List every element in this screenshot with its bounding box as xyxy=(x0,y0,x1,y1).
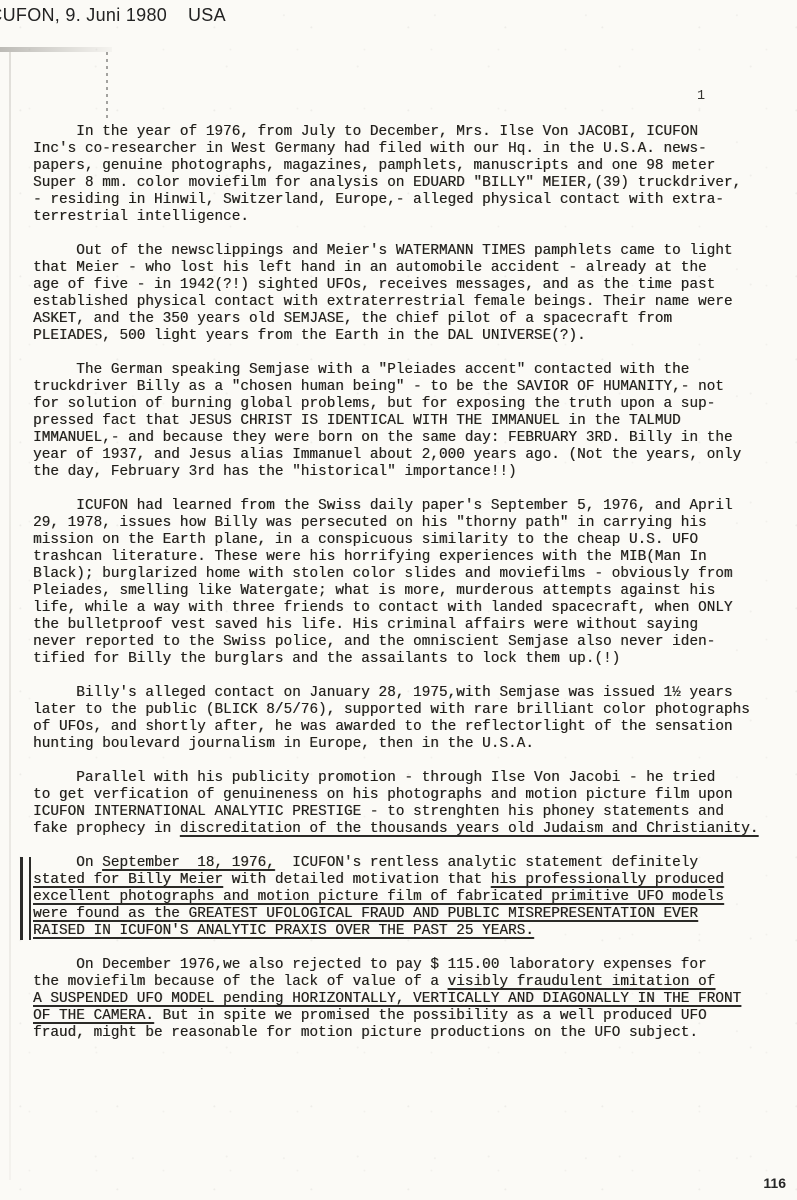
text-line: mission on the Earth plane, in a conspic… xyxy=(33,532,789,549)
text-line: Parallel with his publicity promotion - … xyxy=(33,770,789,787)
text-segment: for solution of burning global problems,… xyxy=(33,396,715,412)
text-line: OF THE CAMERA. But in spite we promised … xyxy=(33,1008,789,1025)
text-line: excellent photographs and motion picture… xyxy=(33,889,789,906)
page-number-top: 1 xyxy=(697,89,705,104)
scan-artifact-dashed-line xyxy=(106,52,108,122)
text-line: ASKET, and the 350 years old SEMJASE, th… xyxy=(33,311,789,328)
text-line: truckdriver Billy as a "chosen human bei… xyxy=(33,379,789,396)
text-line: for solution of burning global problems,… xyxy=(33,396,789,413)
text-segment: the moviefilm because of the lack of val… xyxy=(33,974,448,990)
text-segment: terrestrial intelligence. xyxy=(33,209,249,225)
paragraph: Parallel with his publicity promotion - … xyxy=(33,770,789,838)
text-segment: Billy's alleged contact on January 28, 1… xyxy=(33,685,733,701)
text-segment: ASKET, and the 350 years old SEMJASE, th… xyxy=(33,311,672,327)
text-line: A SUSPENDED UFO MODEL pending HORIZONTAL… xyxy=(33,991,789,1008)
text-segment: with detailed motivation that xyxy=(223,872,491,888)
text-line: the day, February 3rd has the "historica… xyxy=(33,464,789,481)
text-segment: age of five - in 1942(?!) sighted UFOs, … xyxy=(33,277,715,293)
text-line: ICUFON INTERNATIONAL ANALYTIC PRESTIGE -… xyxy=(33,804,789,821)
text-line: Pleiades, smelling like Watergate; what … xyxy=(33,583,789,600)
text-line: life, while a way with three friends to … xyxy=(33,600,789,617)
text-segment: later to the public (BLICK 8/5/76), supp… xyxy=(33,702,750,718)
text-line: terrestrial intelligence. xyxy=(33,209,789,226)
underlined-text: excellent photographs and motion picture… xyxy=(33,889,724,905)
paragraph: On December 1976,we also rejected to pay… xyxy=(33,957,789,1042)
text-segment: The German speaking Semjase with a "Plei… xyxy=(33,362,689,378)
text-line: IMMANUEL,- and because they were born on… xyxy=(33,430,789,447)
text-line: 29, 1978, issues how Billy was persecute… xyxy=(33,515,789,532)
paragraph: Billy's alleged contact on January 28, 1… xyxy=(33,685,789,753)
text-segment: papers, genuine photographs, magazines, … xyxy=(33,158,715,174)
text-line: were found as the GREATEST UFOLOGICAL FR… xyxy=(33,906,789,923)
text-segment: 29, 1978, issues how Billy was persecute… xyxy=(33,515,707,531)
text-line: RAISED IN ICUFON'S ANALYTIC PRAXIS OVER … xyxy=(33,923,789,940)
underlined-text: September 18, 1976, xyxy=(102,855,275,871)
underlined-text: visibly fraudulent imitation of xyxy=(448,974,716,990)
paragraph: Out of the newsclippings and Meier's WAT… xyxy=(33,243,789,345)
text-segment: PLEIADES, 500 light years from the Earth… xyxy=(33,328,586,344)
text-segment: the bulletproof vest saved his life. His… xyxy=(33,617,698,633)
text-line: In the year of 1976, from July to Decemb… xyxy=(33,124,789,141)
text-segment: ICUFON had learned from the Swiss daily … xyxy=(33,498,733,514)
header-date: ICUFON, 9. Juni 1980 xyxy=(0,5,167,26)
paragraph: In the year of 1976, from July to Decemb… xyxy=(33,124,789,226)
text-segment: mission on the Earth plane, in a conspic… xyxy=(33,532,698,548)
text-segment: life, while a way with three friends to … xyxy=(33,600,733,616)
text-segment: Out of the newsclippings and Meier's WAT… xyxy=(33,243,733,259)
text-segment: to get verfication of genuineness on his… xyxy=(33,787,733,803)
text-segment: trashcan literature. These were his horr… xyxy=(33,549,707,565)
header-country: USA xyxy=(188,5,226,26)
text-segment: year of 1937, and Jesus alias Immanuel a… xyxy=(33,447,741,463)
text-line: fake prophecy in discreditation of the t… xyxy=(33,821,789,838)
text-line: established physical contact with extrat… xyxy=(33,294,789,311)
text-line: ICUFON had learned from the Swiss daily … xyxy=(33,498,789,515)
text-segment: ICUFON INTERNATIONAL ANALYTIC PRESTIGE -… xyxy=(33,804,724,820)
text-line: papers, genuine photographs, magazines, … xyxy=(33,158,789,175)
text-segment: - residing in Hinwil, Switzerland, Europ… xyxy=(33,192,724,208)
text-segment: tified for Billy the burglars and the as… xyxy=(33,651,620,667)
text-line: pressed fact that JESUS CHRIST IS IDENTI… xyxy=(33,413,789,430)
text-line: to get verfication of genuineness on his… xyxy=(33,787,789,804)
text-line: that Meier - who lost his left hand in a… xyxy=(33,260,789,277)
text-segment: Black); burglarized home with stolen col… xyxy=(33,566,733,582)
text-segment: On xyxy=(33,855,102,871)
underlined-text: his professionally produced xyxy=(491,872,724,888)
paragraph: ICUFON had learned from the Swiss daily … xyxy=(33,498,789,668)
text-segment: ICUFON's rentless analytic statement def… xyxy=(275,855,698,871)
text-segment: Pleiades, smelling like Watergate; what … xyxy=(33,583,715,599)
text-line: age of five - in 1942(?!) sighted UFOs, … xyxy=(33,277,789,294)
text-segment: hunting boulevard journalism in Europe, … xyxy=(33,736,534,752)
text-line: Black); burglarized home with stolen col… xyxy=(33,566,789,583)
scan-smudge xyxy=(0,47,112,52)
text-segment: IMMANUEL,- and because they were born on… xyxy=(33,430,733,446)
text-line: year of 1937, and Jesus alias Immanuel a… xyxy=(33,447,789,464)
text-segment: established physical contact with extrat… xyxy=(33,294,733,310)
text-line: Billy's alleged contact on January 28, 1… xyxy=(33,685,789,702)
text-line: stated for Billy Meier with detailed mot… xyxy=(33,872,789,889)
underlined-text: discreditation of the thousands years ol… xyxy=(180,821,759,837)
text-line: trashcan literature. These were his horr… xyxy=(33,549,789,566)
text-line: tified for Billy the burglars and the as… xyxy=(33,651,789,668)
text-line: - residing in Hinwil, Switzerland, Europ… xyxy=(33,192,789,209)
text-line: never reported to the Swiss police, and … xyxy=(33,634,789,651)
scanned-page: ICUFON, 9. Juni 1980 USA 1 In the year o… xyxy=(0,0,797,1200)
text-line: PLEIADES, 500 light years from the Earth… xyxy=(33,328,789,345)
text-segment: Super 8 mm. color moviefilm for analysis… xyxy=(33,175,741,191)
underlined-text: OF THE CAMERA. xyxy=(33,1008,154,1024)
text-line: The German speaking Semjase with a "Plei… xyxy=(33,362,789,379)
text-line: Super 8 mm. color moviefilm for analysis… xyxy=(33,175,789,192)
underlined-text: A SUSPENDED UFO MODEL pending HORIZONTAL… xyxy=(33,991,741,1007)
text-line: On December 1976,we also rejected to pay… xyxy=(33,957,789,974)
paragraph: The German speaking Semjase with a "Plei… xyxy=(33,362,789,481)
underlined-text: stated for Billy Meier xyxy=(33,872,223,888)
text-segment: Parallel with his publicity promotion - … xyxy=(33,770,715,786)
text-segment: that Meier - who lost his left hand in a… xyxy=(33,260,707,276)
text-segment: On December 1976,we also rejected to pay… xyxy=(33,957,707,973)
text-line: Out of the newsclippings and Meier's WAT… xyxy=(33,243,789,260)
underlined-text: RAISED IN ICUFON'S ANALYTIC PRAXIS OVER … xyxy=(33,923,534,939)
text-segment: the day, February 3rd has the "historica… xyxy=(33,464,517,480)
text-line: the moviefilm because of the lack of val… xyxy=(33,974,789,991)
text-segment: of UFOs, and shortly after, he was award… xyxy=(33,719,733,735)
text-segment: In the year of 1976, from July to Decemb… xyxy=(33,124,698,140)
text-line: fraud, might be reasonable for motion pi… xyxy=(33,1025,789,1042)
text-line: hunting boulevard journalism in Europe, … xyxy=(33,736,789,753)
text-line: the bulletproof vest saved his life. His… xyxy=(33,617,789,634)
document-body: In the year of 1976, from July to Decemb… xyxy=(33,124,789,1059)
text-segment: pressed fact that JESUS CHRIST IS IDENTI… xyxy=(33,413,681,429)
text-segment: fraud, might be reasonable for motion pi… xyxy=(33,1025,698,1041)
text-line: On September 18, 1976, ICUFON's rentless… xyxy=(33,855,789,872)
text-line: of UFOs, and shortly after, he was award… xyxy=(33,719,789,736)
text-line: Inc's co-researcher in West Germany had … xyxy=(33,141,789,158)
text-segment: But in spite we promised the possibility… xyxy=(154,1008,707,1024)
paragraph-marked: On September 18, 1976, ICUFON's rentless… xyxy=(33,855,789,940)
page-edge-shadow xyxy=(9,52,11,1180)
text-segment: truckdriver Billy as a "chosen human bei… xyxy=(33,379,724,395)
text-segment: never reported to the Swiss police, and … xyxy=(33,634,715,650)
underlined-text: were found as the GREATEST UFOLOGICAL FR… xyxy=(33,906,698,922)
text-line: later to the public (BLICK 8/5/76), supp… xyxy=(33,702,789,719)
text-segment: Inc's co-researcher in West Germany had … xyxy=(33,141,707,157)
page-number-bottom: 116 xyxy=(763,1175,786,1191)
text-segment: fake prophecy in xyxy=(33,821,180,837)
